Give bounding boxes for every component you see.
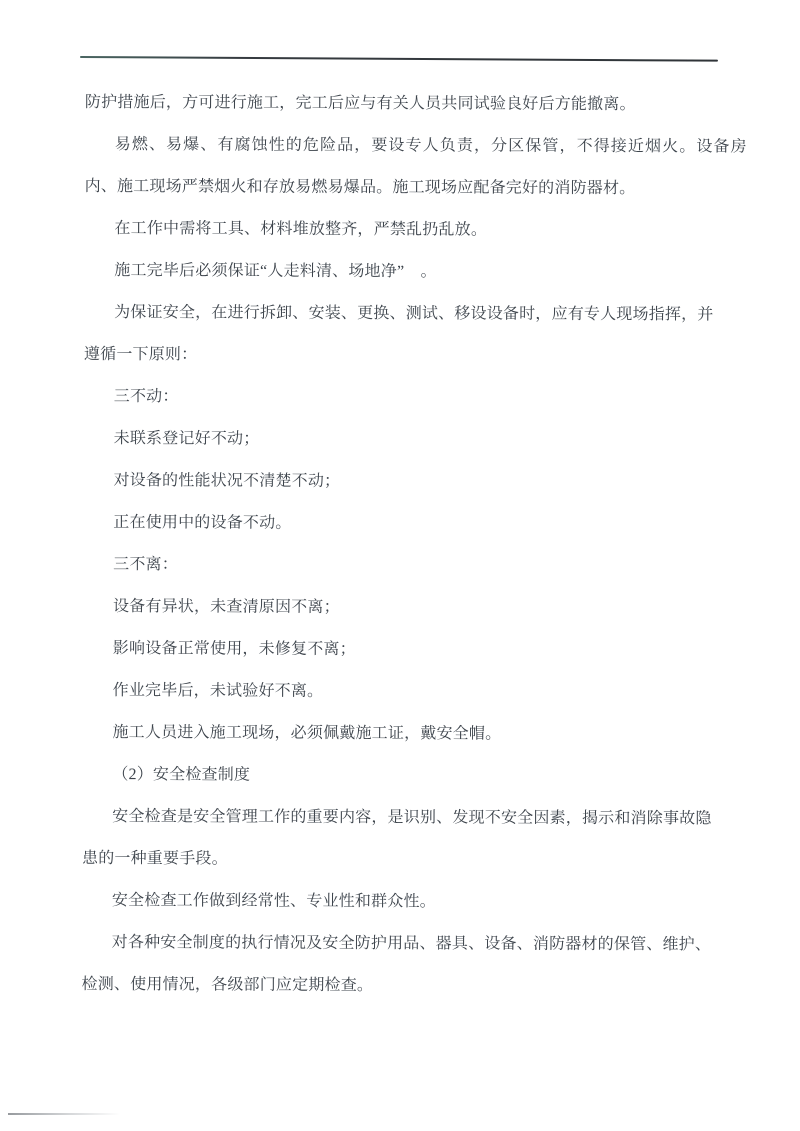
text-line: （2）安全检查制度 (82, 754, 744, 799)
text-line: 防护措施后，方可进行施工，完工后应与有关人员共同试验良好后方能撤离。 (85, 82, 747, 127)
text-line: 三不动： (84, 376, 746, 421)
text-line: 内、施工现场严禁烟火和存放易燃易爆品。施工现场应配备完好的消防器材。 (85, 166, 747, 211)
text-line: 为保证安全，在进行拆卸、安装、更换、测试、移设设备时，应有专人现场指挥，并 (84, 292, 746, 337)
text-line: 对设备的性能状况不清楚不动； (83, 460, 745, 505)
text-line: 三不离： (83, 544, 745, 589)
text-line: 作业完毕后，未试验好不离。 (83, 670, 745, 715)
text-line: 在工作中需将工具、材料堆放整齐，严禁乱扔乱放。 (84, 208, 746, 253)
footer-mark (8, 1113, 120, 1115)
text-line: 施工完毕后必须保证“人走料清、场地净” 。 (84, 250, 746, 295)
text-line: 设备有异状，未查清原因不离； (83, 586, 745, 631)
document-body: 防护措施后，方可进行施工，完工后应与有关人员共同试验良好后方能撤离。易燃、易爆、… (81, 82, 747, 1009)
text-line: 易燃、易爆、有腐蚀性的危险品，要设专人负责，分区保管，不得接近烟火。设备房 (85, 124, 747, 169)
document-page: 防护措施后，方可进行施工，完工后应与有关人员共同试验良好后方能撤离。易燃、易爆、… (0, 0, 800, 1131)
text-line: 影响设备正常使用，未修复不离； (83, 628, 745, 673)
text-line: 正在使用中的设备不动。 (83, 502, 745, 547)
text-line: 施工人员进入施工现场，必须佩戴施工证，戴安全帽。 (82, 712, 744, 757)
text-line: 检测、使用情况，各级部门应定期检查。 (81, 964, 743, 1009)
text-line: 对各种安全制度的执行情况及安全防护用品、器具、设备、消防器材的保管、维护、 (82, 922, 744, 967)
header-rule (80, 56, 718, 62)
text-line: 安全检查工作做到经常性、专业性和群众性。 (82, 880, 744, 925)
text-line: 遵循一下原则： (84, 334, 746, 379)
text-line: 安全检查是安全管理工作的重要内容，是识别、发现不安全因素，揭示和消除事故隐 (82, 796, 744, 841)
text-line: 未联系登记好不动； (84, 418, 746, 463)
text-line: 患的一种重要手段。 (82, 838, 744, 883)
